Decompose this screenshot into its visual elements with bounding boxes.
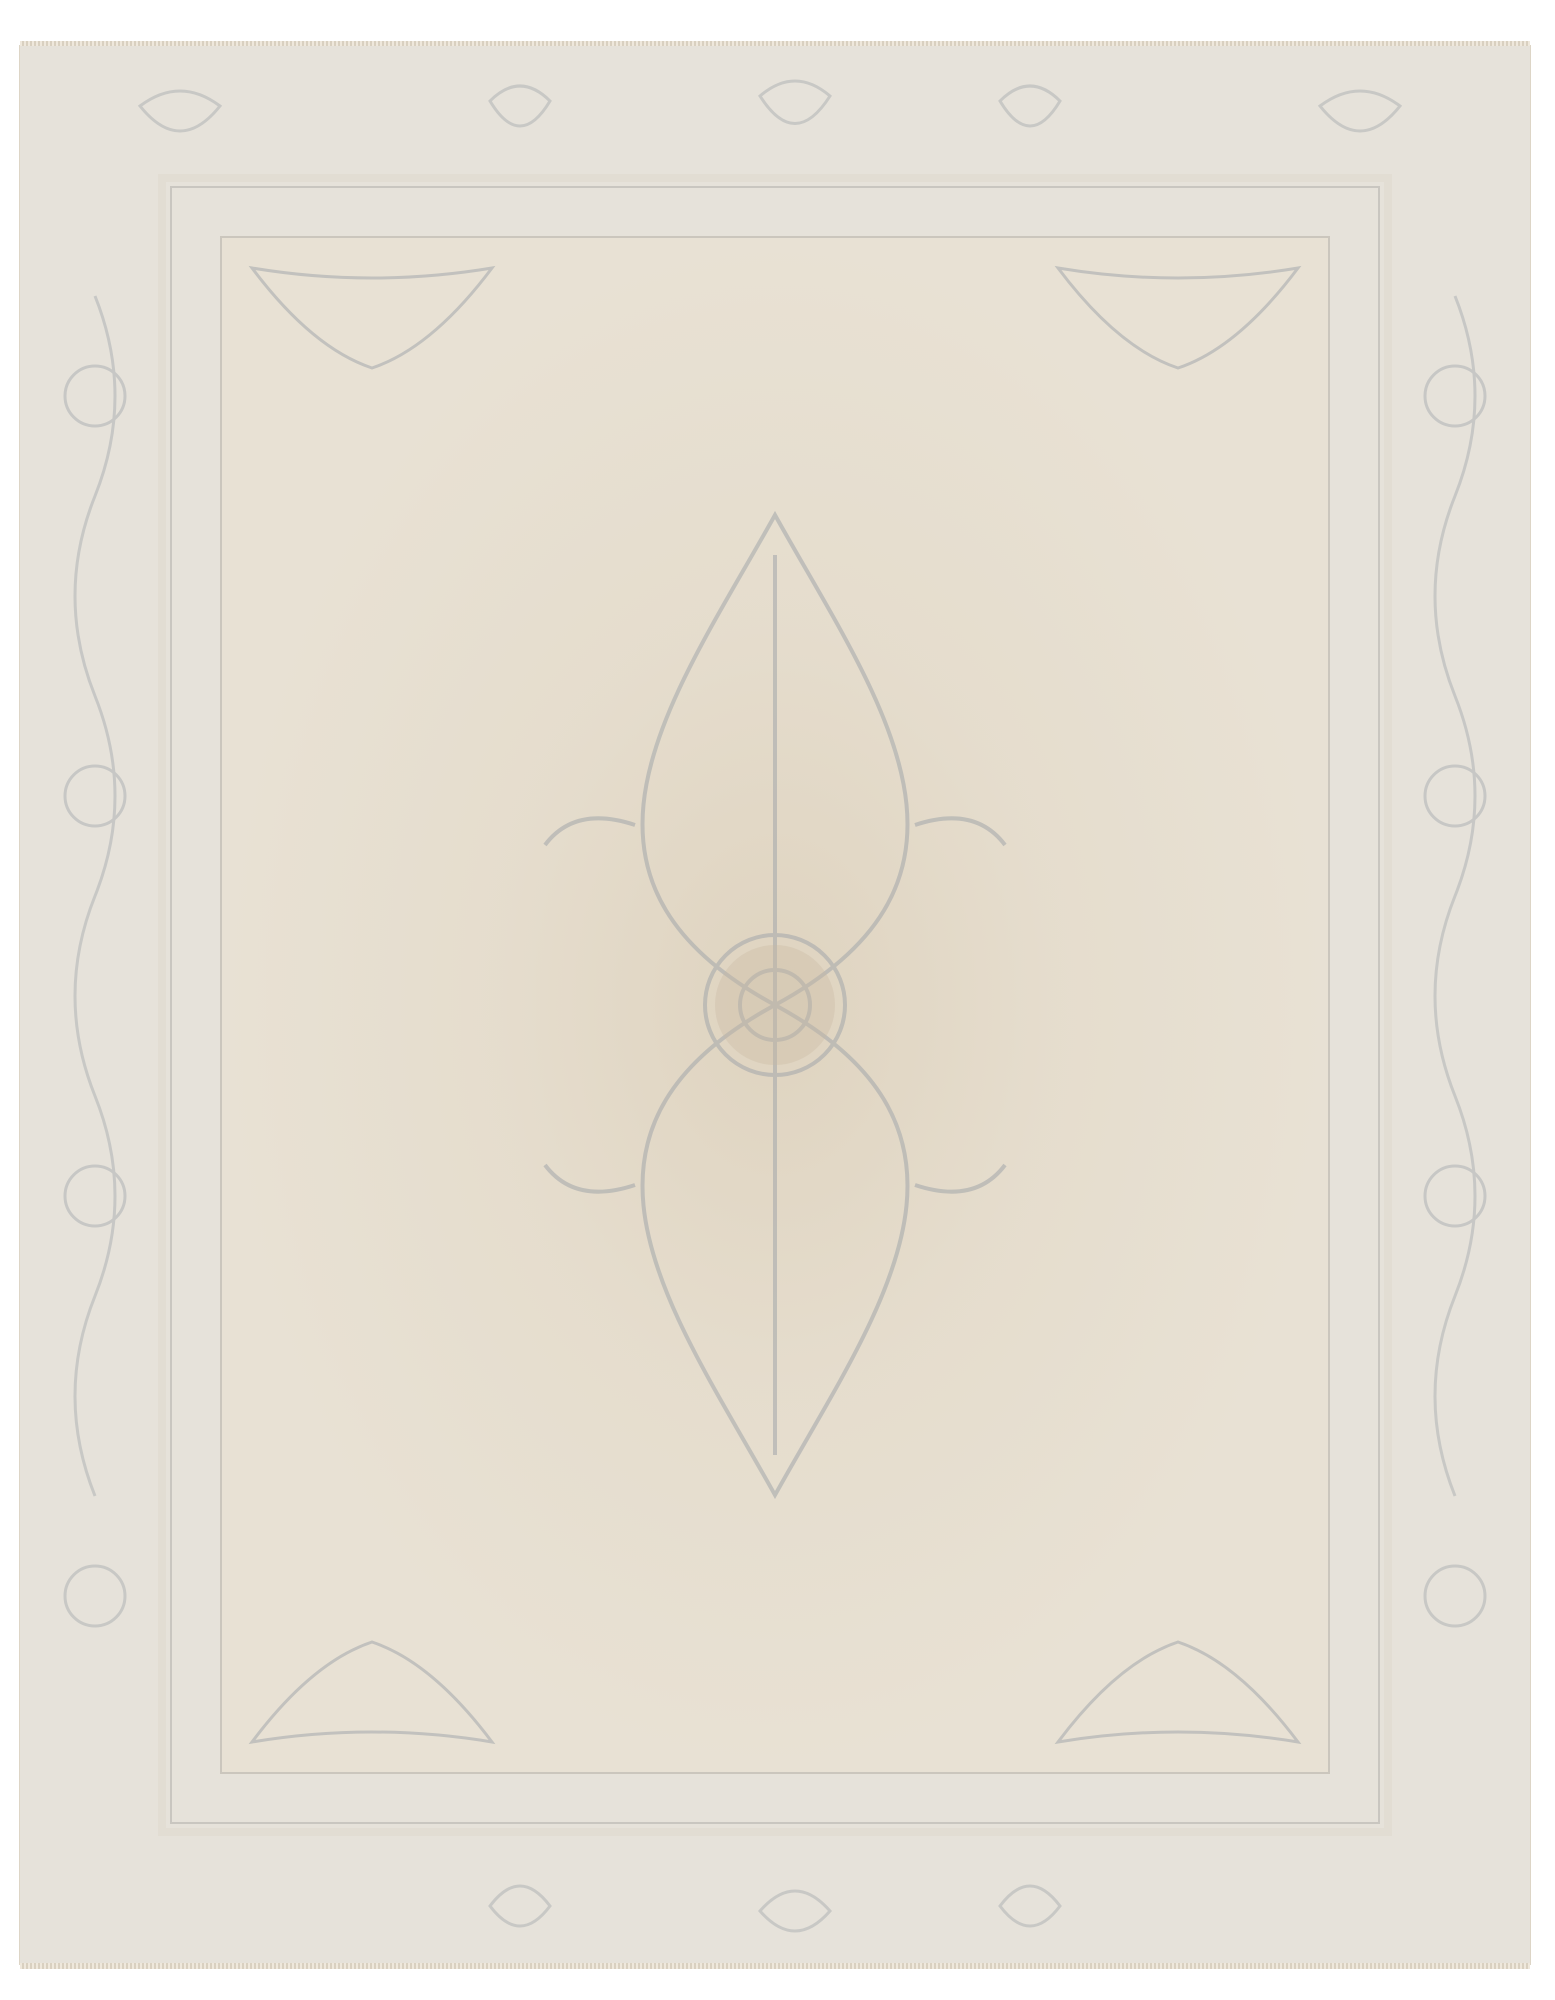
rug (20, 46, 1530, 1964)
corner-spandrel-icon (1048, 1552, 1308, 1752)
central-medallion-icon (495, 495, 1055, 1515)
corner-spandrel-icon (242, 1552, 502, 1752)
corner-spandrel-icon (242, 258, 502, 458)
corner-spandrel-icon (1048, 258, 1308, 458)
rug-fringe-bottom (20, 1963, 1530, 1969)
rug-field (220, 236, 1330, 1774)
